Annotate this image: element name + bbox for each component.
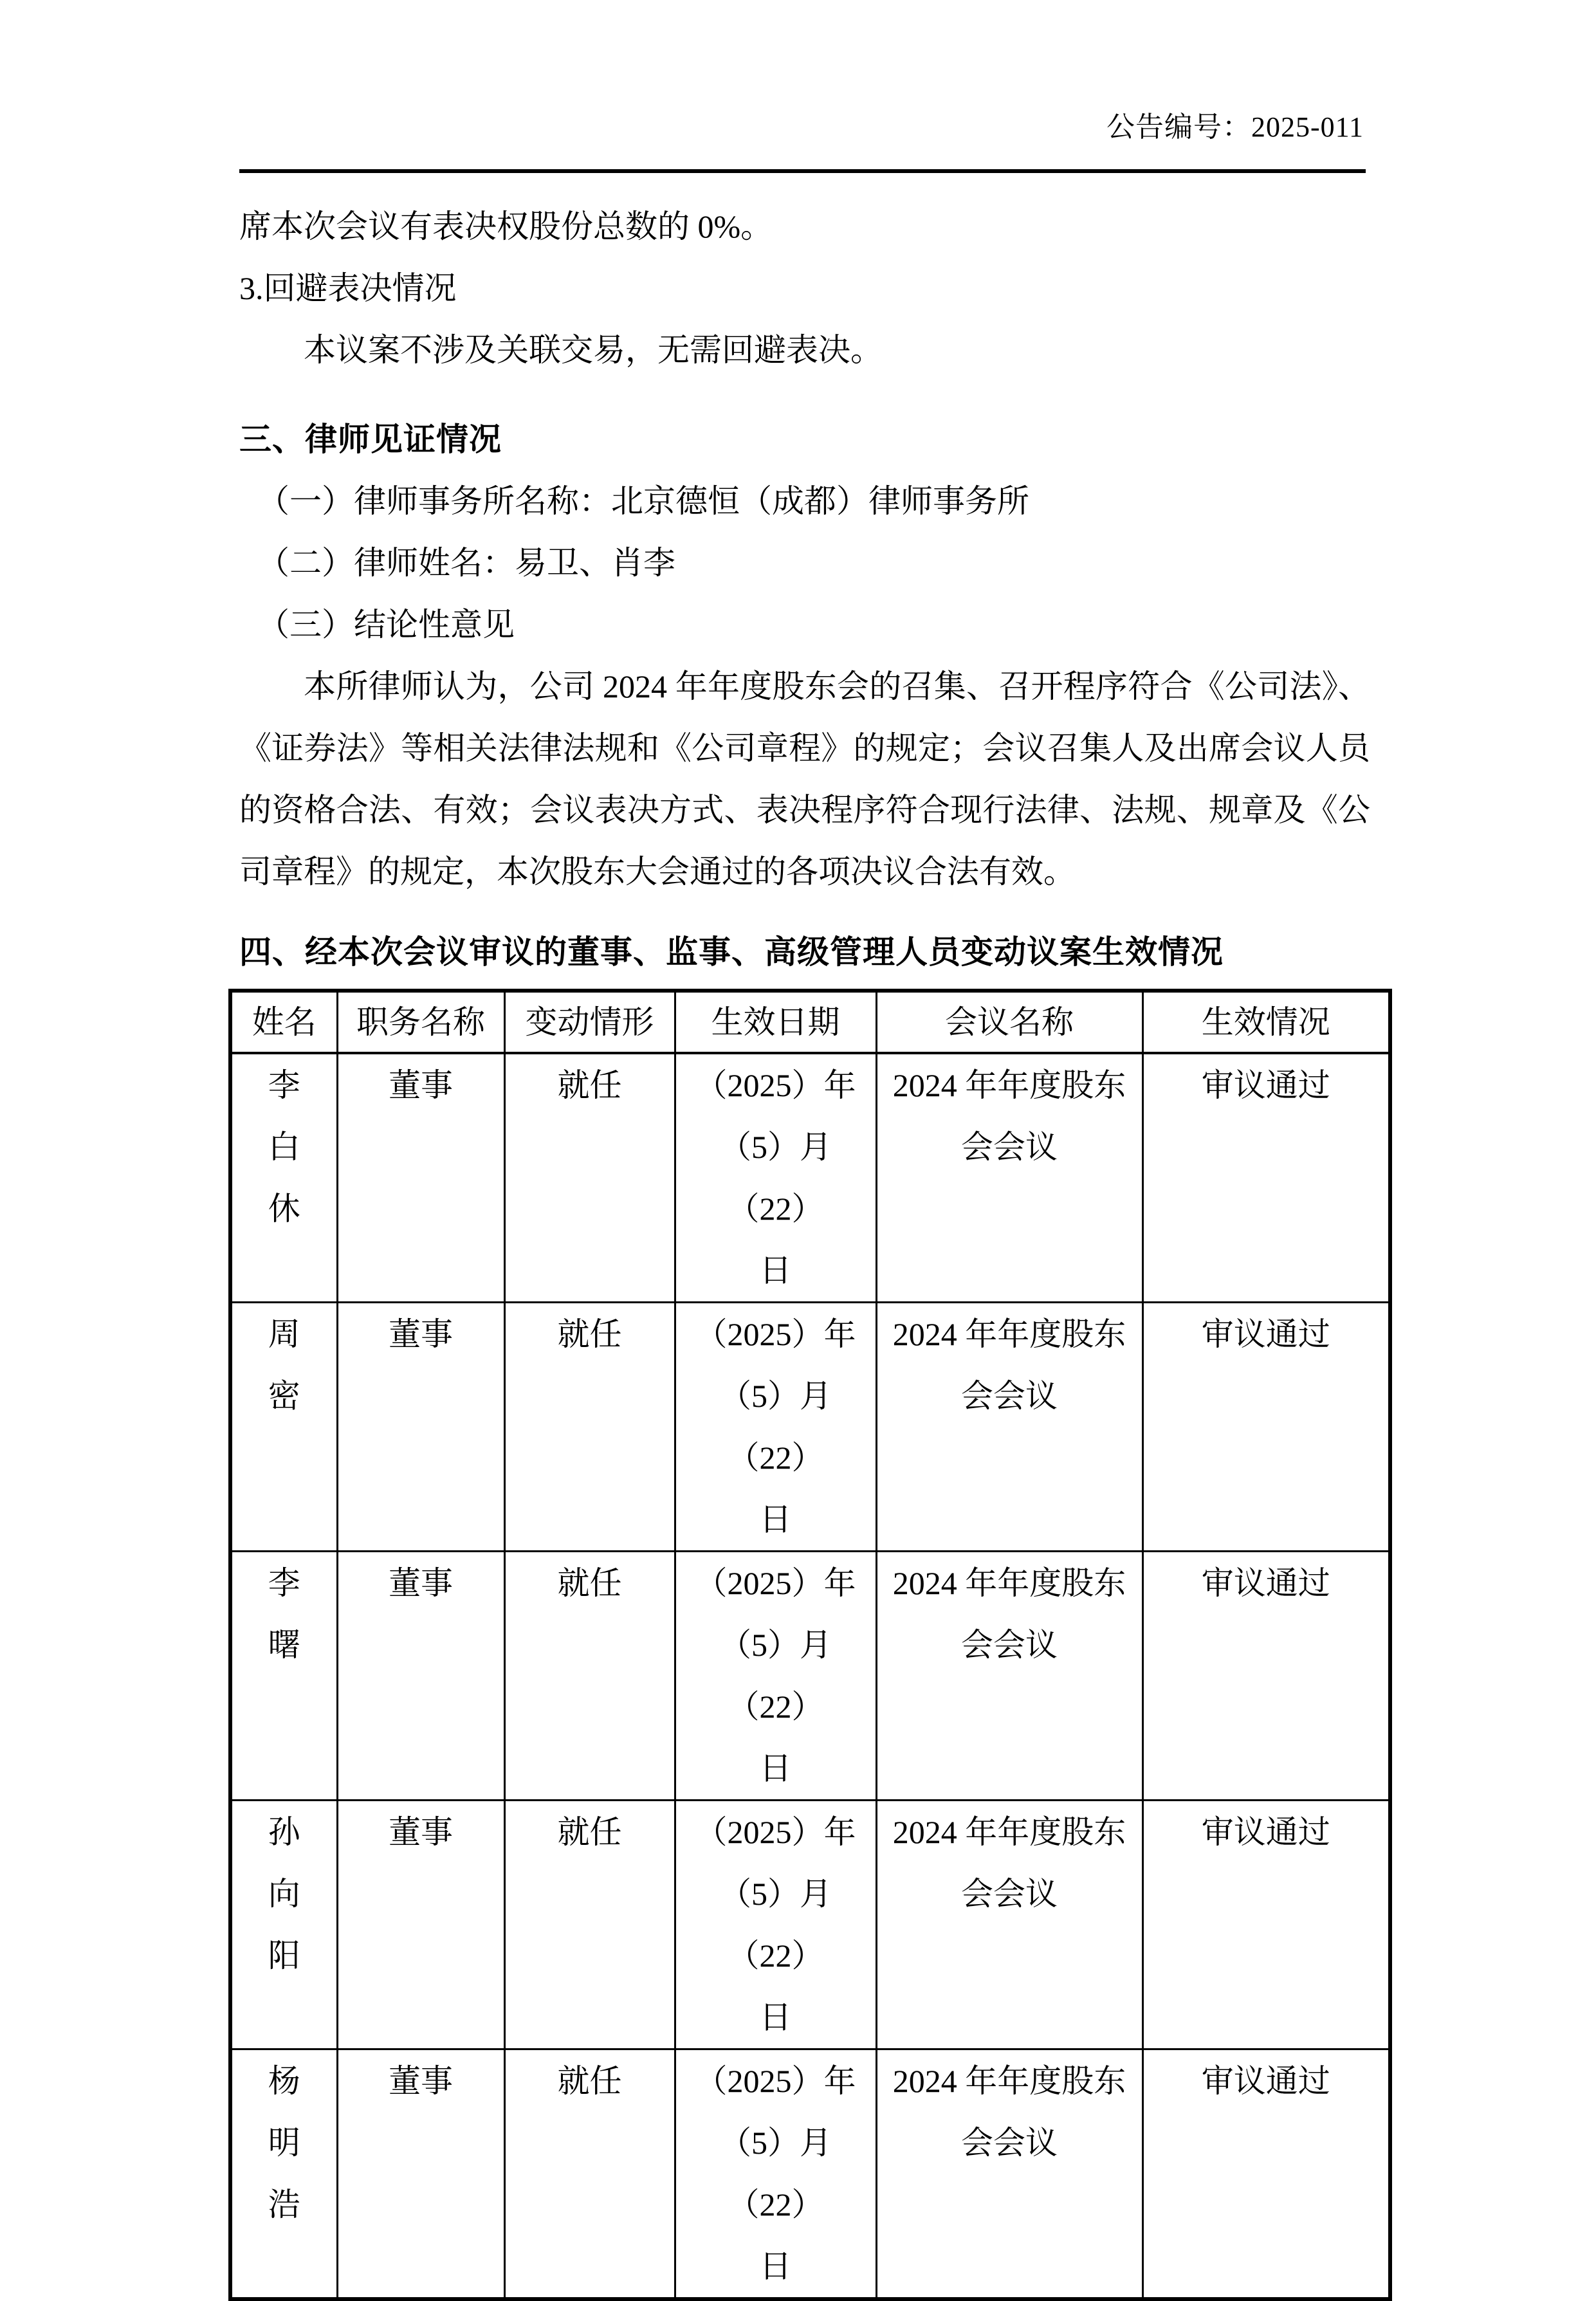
cell-position: 董事: [337, 1303, 504, 1552]
cell-effective-date: （2025）年 （5）月（22） 日: [675, 1552, 876, 1801]
cell-effective-status: 审议通过: [1142, 2049, 1390, 2300]
cell-effective-date: （2025）年 （5）月（22） 日: [675, 1801, 876, 2049]
cell-effective-date: （2025）年 （5）月（22） 日: [675, 1053, 876, 1303]
cell-position: 董事: [337, 2049, 504, 2300]
section3-item3: （三）结论性意见: [239, 594, 1370, 655]
cell-name: 周密: [230, 1303, 337, 1552]
cell-name: 孙向 阳: [230, 1801, 337, 2049]
paragraph-attendance: 席本次会议有表决权股份总数的 0%。: [239, 196, 1370, 257]
section4-title: 四、经本次会议审议的董事、监事、高级管理人员变动议案生效情况: [239, 921, 1370, 983]
announcement-number: 公告编号：2025-011: [239, 108, 1364, 147]
cell-change-type: 就任: [504, 1801, 675, 2049]
cell-change-type: 就任: [504, 2049, 675, 2300]
column-header-effective-status: 生效情况: [1142, 991, 1390, 1053]
cell-name: 李白 休: [230, 1053, 337, 1303]
cell-meeting-name: 2024 年年度股东 会会议: [876, 1552, 1142, 1801]
section3-conclusion: 本所律师认为，公司 2024 年年度股东会的召集、召开程序符合《公司法》、《证券…: [239, 655, 1370, 903]
document-page: { "colors": { "text": "#000000", "backgr…: [0, 0, 1596, 2257]
cell-name: 杨明 浩: [230, 2049, 337, 2300]
cell-effective-date: （2025）年 （5）月（22） 日: [675, 2049, 876, 2300]
cell-meeting-name: 2024 年年度股东 会会议: [876, 2049, 1142, 2300]
cell-position: 董事: [337, 1801, 504, 2049]
document-content: 公告编号：2025-011 席本次会议有表决权股份总数的 0%。 3.回避表决情…: [228, 0, 1388, 2301]
cell-name: 李曙: [230, 1552, 337, 1801]
cell-change-type: 就任: [504, 1303, 675, 1552]
table-header-row: 姓名 职务名称 变动情形 生效日期 会议名称 生效情况: [230, 991, 1390, 1053]
paragraph-item3-body: 本议案不涉及关联交易，无需回避表决。: [239, 319, 1370, 381]
paragraph-item3-title: 3.回避表决情况: [239, 257, 1370, 319]
column-header-change-type: 变动情形: [504, 991, 675, 1053]
cell-effective-status: 审议通过: [1142, 1303, 1390, 1552]
cell-effective-status: 审议通过: [1142, 1053, 1390, 1303]
cell-change-type: 就任: [504, 1053, 675, 1303]
cell-meeting-name: 2024 年年度股东 会会议: [876, 1053, 1142, 1303]
cell-effective-date: （2025）年 （5）月（22） 日: [675, 1303, 876, 1552]
cell-change-type: 就任: [504, 1552, 675, 1801]
director-change-table: 姓名 职务名称 变动情形 生效日期 会议名称 生效情况 李白 休 董事 就任 （…: [228, 989, 1392, 2301]
table-row: 孙向 阳 董事 就任 （2025）年 （5）月（22） 日 2024 年年度股东…: [230, 1801, 1390, 2049]
cell-effective-status: 审议通过: [1142, 1801, 1390, 2049]
header-rule: [239, 169, 1366, 173]
cell-meeting-name: 2024 年年度股东 会会议: [876, 1303, 1142, 1552]
section3-item1: （一）律师事务所名称：北京德恒（成都）律师事务所: [239, 470, 1370, 532]
table-row: 周密 董事 就任 （2025）年 （5）月（22） 日 2024 年年度股东 会…: [230, 1303, 1390, 1552]
table-row: 李白 休 董事 就任 （2025）年 （5）月（22） 日 2024 年年度股东…: [230, 1053, 1390, 1303]
section3-item2: （二）律师姓名：易卫、肖李: [239, 532, 1370, 594]
column-header-effective-date: 生效日期: [675, 991, 876, 1053]
cell-effective-status: 审议通过: [1142, 1552, 1390, 1801]
table-row: 杨明 浩 董事 就任 （2025）年 （5）月（22） 日 2024 年年度股东…: [230, 2049, 1390, 2300]
cell-position: 董事: [337, 1053, 504, 1303]
cell-position: 董事: [337, 1552, 504, 1801]
column-header-meeting-name: 会议名称: [876, 991, 1142, 1053]
section3-title: 三、律师见证情况: [239, 408, 1370, 470]
cell-meeting-name: 2024 年年度股东 会会议: [876, 1801, 1142, 2049]
table-row: 李曙 董事 就任 （2025）年 （5）月（22） 日 2024 年年度股东 会…: [230, 1552, 1390, 1801]
column-header-name: 姓名: [230, 991, 337, 1053]
column-header-position: 职务名称: [337, 991, 504, 1053]
